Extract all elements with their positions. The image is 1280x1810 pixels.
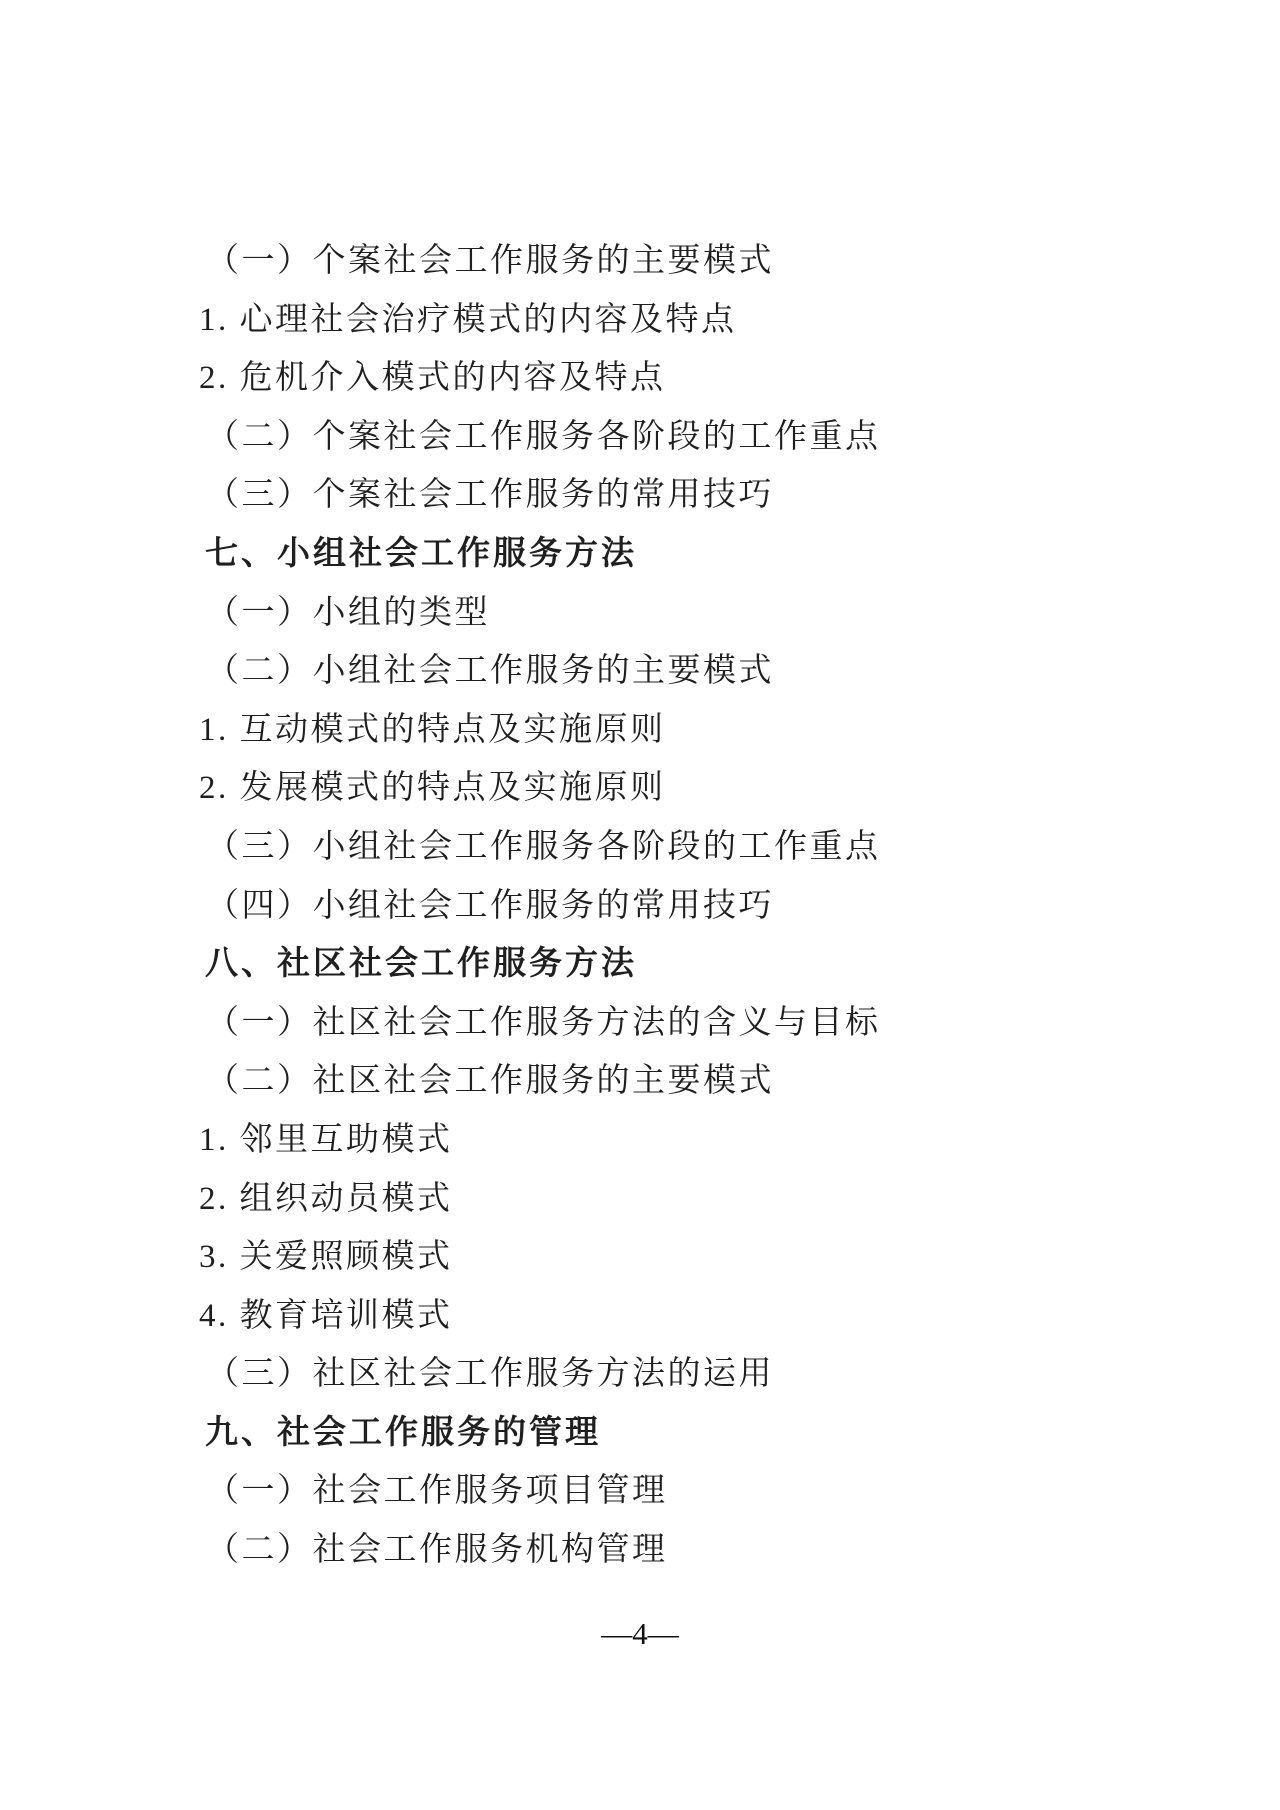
outline-heading: 八、社区社会工作服务方法: [199, 935, 1220, 994]
outline-line: 1. 互动模式的特点及实施原则: [199, 701, 1220, 760]
page-number: —4—: [601, 1616, 679, 1651]
outline-line: （三）社区社会工作服务方法的运用: [199, 1345, 1220, 1404]
outline-line: 1. 邻里互助模式: [199, 1111, 1220, 1170]
outline-line: 4. 教育培训模式: [199, 1287, 1220, 1346]
outline-line: （一）个案社会工作服务的主要模式: [199, 232, 1220, 291]
outline-line: 2. 组织动员模式: [199, 1170, 1220, 1229]
outline-line: （一）社区社会工作服务方法的含义与目标: [199, 994, 1220, 1053]
outline-line: 1. 心理社会治疗模式的内容及特点: [199, 291, 1220, 350]
outline-line: 2. 危机介入模式的内容及特点: [199, 349, 1220, 408]
outline-line: （四）小组社会工作服务的常用技巧: [199, 877, 1220, 936]
outline-line: （二）社会工作服务机构管理: [199, 1521, 1220, 1580]
outline-line: 3. 关爱照顾模式: [199, 1228, 1220, 1287]
outline-line: （一）社会工作服务项目管理: [199, 1462, 1220, 1521]
page-footer: —4—: [0, 1616, 1280, 1652]
outline-line: （二）社区社会工作服务的主要模式: [199, 1052, 1220, 1111]
outline-heading: 七、小组社会工作服务方法: [199, 525, 1220, 584]
outline-line: （三）小组社会工作服务各阶段的工作重点: [199, 818, 1220, 877]
outline-line: 2. 发展模式的特点及实施原则: [199, 759, 1220, 818]
outline-content: （一）个案社会工作服务的主要模式1. 心理社会治疗模式的内容及特点2. 危机介入…: [199, 232, 1220, 1580]
outline-line: （三）个案社会工作服务的常用技巧: [199, 466, 1220, 525]
outline-heading: 九、社会工作服务的管理: [199, 1404, 1220, 1463]
outline-line: （二）小组社会工作服务的主要模式: [199, 642, 1220, 701]
outline-lines: （一）个案社会工作服务的主要模式1. 心理社会治疗模式的内容及特点2. 危机介入…: [199, 232, 1220, 1580]
outline-line: （一）小组的类型: [199, 584, 1220, 643]
outline-line: （二）个案社会工作服务各阶段的工作重点: [199, 408, 1220, 467]
document-page: （一）个案社会工作服务的主要模式1. 心理社会治疗模式的内容及特点2. 危机介入…: [0, 0, 1280, 1810]
